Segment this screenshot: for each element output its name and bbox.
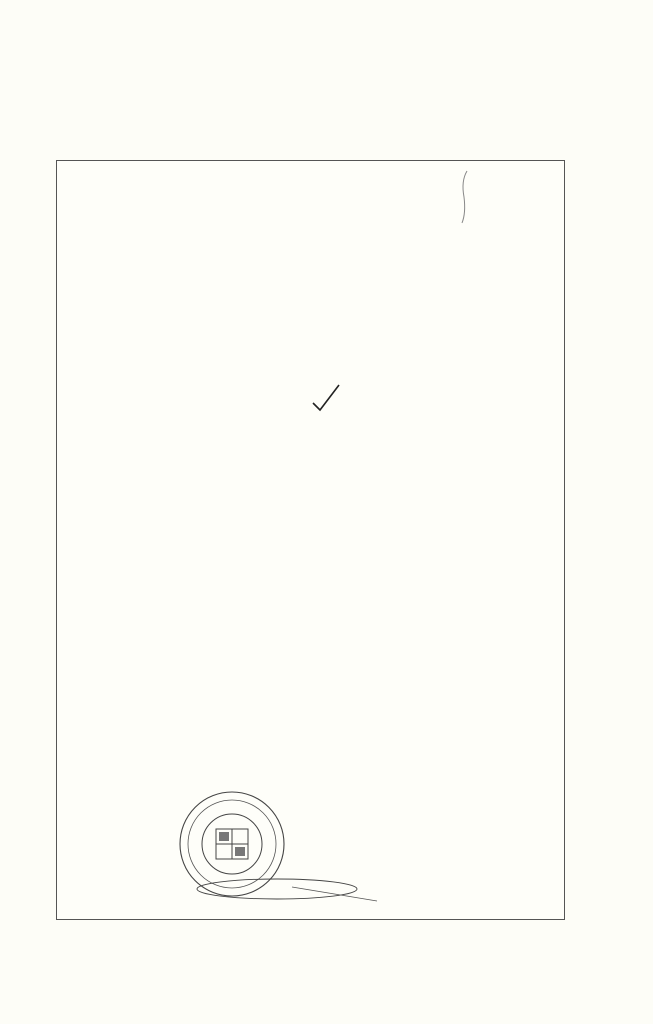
scanned-document [56,160,565,920]
handwritten-bracket-icon [457,169,471,225]
official-stamp-icon [172,789,382,909]
checkmark-icon [311,383,341,413]
